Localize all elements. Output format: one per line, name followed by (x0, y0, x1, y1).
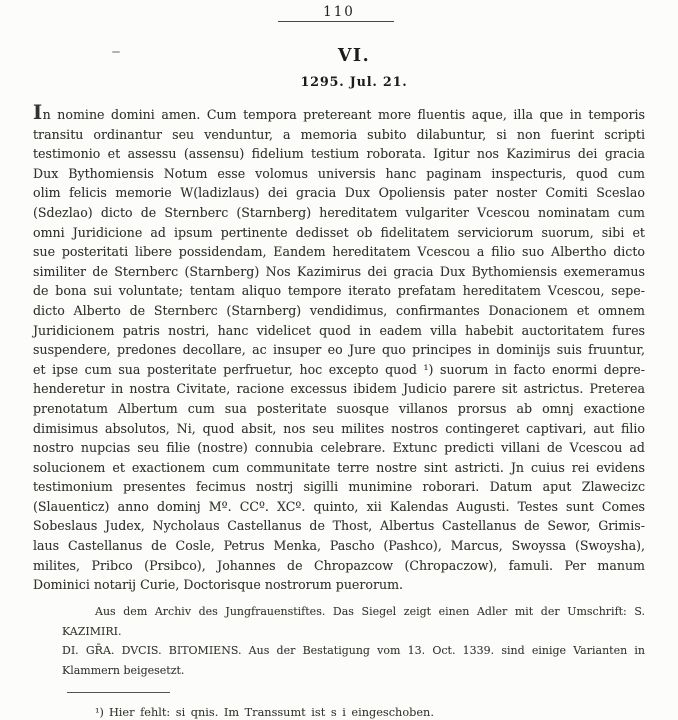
footnote-text: Hier fehlt: si qnis. Im Transsumt ist s … (109, 706, 434, 719)
scanned-page: 110 VI. 1295. Jul. 21. In nomine domini … (0, 0, 678, 720)
drop-cap-initial: I (33, 101, 43, 124)
charter-lines: transitu ordinantur seu venduntur, a mem… (33, 125, 645, 576)
note-line: DI. GR̄A. DVCIS. BITOMIENS. Aus der Best… (62, 641, 645, 661)
text-line: et ipse cum sua posteritate perfruetur, … (33, 360, 645, 380)
note-line: Klammern beigesetzt. (62, 661, 645, 681)
first-line-text: n nomine domini amen. Cum tempora preter… (43, 107, 645, 122)
text-line: prenotatum Albertum cum sua posteritate … (33, 399, 645, 419)
charter-heading-block: VI. 1295. Jul. 21. (15, 46, 678, 90)
page-number: 110 (0, 0, 678, 20)
page-number-rule (278, 21, 394, 22)
text-line: Dux Bythomiensis Notum esse volomus univ… (33, 164, 645, 184)
text-line: nostro nupcias seu filie (nostre) connub… (33, 438, 645, 458)
text-line-last: Dominici notarij Curie, Doctorisque nost… (33, 575, 645, 595)
text-line: sue posteritati libere possidendam, Eand… (33, 242, 645, 262)
footnote: ¹)Hier fehlt: si qnis. Im Transsumt ist … (95, 706, 678, 719)
text-line: testimonio et assessu (assensu) fidelium… (33, 144, 645, 164)
text-line: similiter de Sternberc (Starnberg) Nos K… (33, 262, 645, 282)
charter-text: In nomine domini amen. Cum tempora prete… (33, 103, 645, 595)
charter-date: 1295. Jul. 21. (15, 75, 678, 90)
note-line: Aus dem Archiv des Jungfrauenstiftes. Da… (62, 602, 645, 642)
text-line-first: In nomine domini amen. Cum tempora prete… (33, 103, 645, 125)
footnote-separator-rule (67, 692, 170, 693)
text-line: suspendere, predones decollare, ac insup… (33, 340, 645, 360)
text-line: de bona sui voluntate; tentam aliquo tem… (33, 281, 645, 301)
text-line: olim felicis memorie W(ladizlaus) dei gr… (33, 183, 645, 203)
text-line: Juridicionem patris nostri, hanc videlic… (33, 321, 645, 341)
text-line: (Sdezlao) dicto de Sternberc (Starnberg)… (33, 203, 645, 223)
text-line: Sobeslaus Judex, Nycholaus Castellanus d… (33, 516, 645, 536)
text-line: transitu ordinantur seu venduntur, a mem… (33, 125, 645, 145)
text-line: laus Castellanus de Cosle, Petrus Menka,… (33, 536, 645, 556)
text-line: omni Juridicione ad ipsum pertinente ded… (33, 223, 645, 243)
text-line: dimisimus absolutos, Ni, quod absit, nos… (33, 419, 645, 439)
text-line: (Slauenticz) anno dominj Mº. CCº. XCº. q… (33, 497, 645, 517)
archival-note: Aus dem Archiv des Jungfrauenstiftes. Da… (62, 602, 645, 681)
charter-number-heading: VI. (15, 46, 678, 66)
text-line: testimonium presentes fecimus nostrj sig… (33, 477, 645, 497)
footnote-marker: ¹) (95, 706, 104, 719)
text-line: henderetur in nostra Civitate, racione e… (33, 379, 645, 399)
text-line: solucionem et exactionem cum communitate… (33, 458, 645, 478)
text-line: dicto Alberto de Sternberc (Starnberg) v… (33, 301, 645, 321)
text-line: milites, Pribco (Prsibco), Johannes de C… (33, 556, 645, 576)
